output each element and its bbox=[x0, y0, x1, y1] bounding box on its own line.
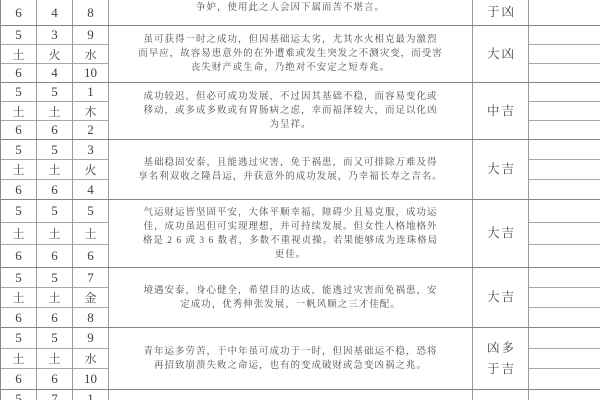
description-line: 气运财运皆坚固平安，大体平顺幸福，障碍少且易克服，成功运 bbox=[109, 206, 472, 220]
number-cell: 6 bbox=[73, 245, 108, 267]
verdict-text: 于凶 bbox=[485, 2, 516, 23]
verdict-text: 大吉 bbox=[485, 287, 516, 308]
verdict-text: 中吉 bbox=[485, 101, 516, 122]
verdict-cell bbox=[473, 390, 529, 400]
number-cell: 5 bbox=[1, 83, 36, 102]
table-block: 5 土 6 5 土 6 7 金 8 境遇安泰，身心健全，希望目的达成，能逃过灾害… bbox=[1, 268, 600, 328]
table-block: 5 土 6 5 土 6 1 木 2 成功较迟，但必可成功发展，不过因其基础不稳，… bbox=[1, 83, 600, 140]
empty-cell bbox=[529, 349, 600, 370]
number-cell: 1 bbox=[73, 390, 108, 400]
number-cell: 7 bbox=[37, 390, 72, 400]
empty-cell bbox=[529, 245, 600, 267]
number-cell: 5 bbox=[1, 328, 36, 349]
number-cell: 5 bbox=[1, 200, 36, 223]
description-line: 定成功，优秀伸张发展，一帆风顺之三才佳配。 bbox=[109, 298, 472, 312]
column-extra bbox=[529, 0, 600, 25]
column-number-2: 5 土 6 bbox=[37, 268, 73, 327]
description-line: 更佳。 bbox=[109, 248, 472, 262]
element-cell: 木 bbox=[73, 102, 108, 121]
empty-cell bbox=[529, 223, 600, 246]
description-line: 成功较迟，但必可成功发展，不过因其基础不稳，而容易变化或 bbox=[109, 90, 472, 104]
column-number-3: 3 火 4 bbox=[73, 140, 109, 199]
number-cell: 2 bbox=[73, 121, 108, 139]
element-cell: 土 bbox=[1, 45, 36, 64]
verdict-text: 大吉 bbox=[485, 159, 516, 180]
column-number-3: 1 木 2 bbox=[73, 83, 109, 139]
table-block: 5 土 6 5 土 6 3 火 4 基础稳固安泰，且能逃过灾害，免于祸患，而又可… bbox=[1, 140, 600, 200]
column-number-3: 5 土 6 bbox=[73, 200, 109, 267]
verdict-text: 大凶 bbox=[485, 44, 516, 65]
element-cell: 土 bbox=[1, 223, 36, 246]
verdict-cell: 于凶 bbox=[473, 0, 529, 25]
empty-cell bbox=[529, 308, 600, 327]
element-cell: 土 bbox=[37, 160, 72, 180]
element-cell: 土 bbox=[37, 102, 72, 121]
description-cell: 气运财运皆坚固平安，大体平顺幸福，障碍少且易克服，成功运 佳，成功虽迟但可实现理… bbox=[109, 200, 473, 267]
column-number-3: 7 金 8 bbox=[73, 268, 109, 327]
number-text: 5 bbox=[15, 392, 22, 400]
description-line: 再招致崩溃失败之命运，也有的变成破财或急变凶祸之兆。 bbox=[109, 359, 472, 373]
number-cell: 5 bbox=[37, 328, 72, 349]
column-extra bbox=[529, 83, 600, 139]
description-line: 境遇安泰，身心健全，希望目的达成，能逃过灾害而免祸患，安 bbox=[109, 284, 472, 298]
column-number-2: 3 火 4 bbox=[37, 26, 73, 82]
column-extra bbox=[529, 268, 600, 327]
empty-cell bbox=[529, 121, 600, 139]
column-number-1: 5 土 6 bbox=[1, 83, 37, 139]
table-block: 5 7 1 bbox=[1, 390, 600, 400]
verdict-text: 大吉 bbox=[485, 223, 516, 244]
number-cell: 6 bbox=[1, 180, 36, 199]
number-cell: 3 bbox=[37, 26, 72, 45]
column-number-1: 6 bbox=[1, 0, 37, 25]
table-block: 5 土 6 5 土 6 5 土 6 气运财运皆坚固平安，大体平顺幸福，障碍少且易… bbox=[1, 200, 600, 268]
element-cell: 土 bbox=[37, 223, 72, 246]
number-cell: 5 bbox=[37, 140, 72, 160]
number-cell: 4 bbox=[37, 0, 72, 25]
description-cell bbox=[109, 390, 473, 400]
empty-cell bbox=[529, 369, 600, 389]
empty-cell bbox=[529, 102, 600, 121]
element-cell: 土 bbox=[1, 288, 36, 308]
number-cell: 10 bbox=[73, 64, 108, 82]
verdict-cell: 大吉 bbox=[473, 140, 529, 199]
number-cell: 6 bbox=[1, 369, 36, 389]
description-line: 基础稳固安泰，且能逃过灾害，免于祸患，而又可排除万难及得 bbox=[109, 156, 472, 170]
verdict-text: 于吉 bbox=[485, 359, 516, 380]
description-line: 争妒，使用此之人会因下属而苦不堪言。 bbox=[109, 1, 472, 15]
element-cell: 土 bbox=[1, 102, 36, 121]
empty-cell bbox=[529, 288, 600, 308]
number-cell: 5 bbox=[1, 390, 36, 400]
empty-cell bbox=[529, 268, 600, 288]
column-number-3: 9 水 10 bbox=[73, 26, 109, 82]
number-cell: 6 bbox=[1, 245, 36, 267]
column-extra bbox=[529, 140, 600, 199]
table-block: 6 4 8 争妒，使用此之人会因下属而苦不堪言。 于凶 bbox=[1, 0, 600, 26]
number-cell: 4 bbox=[37, 64, 72, 82]
number-cell: 7 bbox=[73, 268, 108, 288]
column-extra bbox=[529, 390, 600, 400]
description-cell: 成功较迟，但必可成功发展，不过因其基础不稳，而容易变化或 移动，或多成多败或有胃… bbox=[109, 83, 473, 139]
empty-cell bbox=[529, 200, 600, 223]
number-cell: 6 bbox=[37, 369, 72, 389]
fortune-table: 6 4 8 争妒，使用此之人会因下属而苦不堪言。 于凶 5 土 6 3 火 4 bbox=[0, 0, 600, 400]
empty-cell bbox=[529, 140, 600, 160]
empty-cell bbox=[529, 328, 600, 349]
column-number-2: 5 土 6 bbox=[37, 328, 73, 389]
verdict-cell: 大凶 bbox=[473, 26, 529, 82]
description-line: 移动，或多成多败或有胃肠病之虑，幸而福泽较大，而足以化凶 bbox=[109, 104, 472, 118]
number-text: 1 bbox=[87, 392, 94, 400]
description-cell: 争妒，使用此之人会因下属而苦不堪言。 bbox=[109, 0, 473, 25]
verdict-cell: 大吉 bbox=[473, 200, 529, 267]
number-cell: 6 bbox=[1, 64, 36, 82]
column-number-1: 5 土 6 bbox=[1, 328, 37, 389]
number-cell: 6 bbox=[1, 121, 36, 139]
verdict-cell: 中吉 bbox=[473, 83, 529, 139]
column-number-1: 5 土 6 bbox=[1, 26, 37, 82]
number-cell: 8 bbox=[73, 0, 108, 25]
description-cell: 基础稳固安泰，且能逃过灾害，免于祸患，而又可排除万难及得 享名利双收之隆昌运，并… bbox=[109, 140, 473, 199]
column-number-1: 5 土 6 bbox=[1, 200, 37, 267]
column-number-1: 5 土 6 bbox=[1, 268, 37, 327]
number-cell: 9 bbox=[73, 26, 108, 45]
description-line: 享名利双收之隆昌运，并获意外的成功发展，乃幸福长寿之吉名。 bbox=[109, 170, 472, 184]
element-cell: 水 bbox=[73, 45, 108, 64]
number-cell: 5 bbox=[1, 268, 36, 288]
description-line: 为呈祥。 bbox=[109, 118, 472, 132]
number-cell: 8 bbox=[73, 308, 108, 327]
column-number-2: 5 土 6 bbox=[37, 83, 73, 139]
column-number-1: 5 土 6 bbox=[1, 140, 37, 199]
table-block: 5 土 6 5 土 6 9 水 10 青年运多劳苦，于中年虽可成功于一时，但因基… bbox=[1, 328, 600, 390]
description-line: 而早应，故容易患意外的在外遭难或发生突发之不测灾变，而受害 bbox=[109, 47, 472, 61]
description-cell: 虽可获得一时之成功，但因基础运太劣，尤其水火相克最为激烈 而早应，故容易患意外的… bbox=[109, 26, 473, 82]
empty-cell bbox=[529, 0, 600, 25]
number-cell: 9 bbox=[73, 328, 108, 349]
element-cell: 土 bbox=[73, 223, 108, 246]
element-cell: 土 bbox=[1, 160, 36, 180]
description-line: 青年运多劳苦，于中年虽可成功于一时，但因基础运不稳，恐将 bbox=[109, 345, 472, 359]
number-cell: 1 bbox=[73, 83, 108, 102]
number-cell: 6 bbox=[37, 308, 72, 327]
column-number-2: 7 bbox=[37, 390, 73, 400]
number-cell: 5 bbox=[37, 83, 72, 102]
table-block: 5 土 6 3 火 4 9 水 10 虽可获得一时之成功，但因基础运太劣，尤其水… bbox=[1, 26, 600, 83]
element-cell: 土 bbox=[1, 349, 36, 370]
element-cell: 土 bbox=[37, 349, 72, 370]
element-cell: 水 bbox=[73, 349, 108, 370]
number-cell: 5 bbox=[37, 200, 72, 223]
description-line: 格是 2 6 或 3 6 数者，多数不重视贞操。若果能够成为连珠格局 bbox=[109, 234, 472, 248]
column-extra bbox=[529, 328, 600, 389]
column-number-2: 5 土 6 bbox=[37, 140, 73, 199]
column-number-3: 8 bbox=[73, 0, 109, 25]
number-cell: 6 bbox=[1, 308, 36, 327]
column-number-3: 9 水 10 bbox=[73, 328, 109, 389]
element-cell: 土 bbox=[37, 288, 72, 308]
element-cell: 金 bbox=[73, 288, 108, 308]
empty-cell bbox=[529, 64, 600, 82]
column-number-1: 5 bbox=[1, 390, 37, 400]
number-text: 7 bbox=[51, 392, 58, 400]
description-cell: 境遇安泰，身心健全，希望目的达成，能逃过灾害而免祸患，安 定成功，优秀伸张发展，… bbox=[109, 268, 473, 327]
number-cell: 10 bbox=[73, 369, 108, 389]
empty-cell bbox=[529, 160, 600, 180]
column-extra bbox=[529, 200, 600, 267]
verdict-cell: 凶多 于吉 bbox=[473, 328, 529, 389]
number-cell: 5 bbox=[1, 26, 36, 45]
empty-cell bbox=[529, 83, 600, 102]
description-line: 丧失财产或生命，乃绝对不安定之短寿兆。 bbox=[109, 61, 472, 75]
element-cell: 火 bbox=[73, 160, 108, 180]
number-cell: 6 bbox=[37, 245, 72, 267]
number-cell: 3 bbox=[73, 140, 108, 160]
empty-cell bbox=[529, 45, 600, 64]
number-cell: 6 bbox=[1, 0, 36, 25]
column-extra bbox=[529, 26, 600, 82]
column-number-3: 1 bbox=[73, 390, 109, 400]
number-cell: 5 bbox=[73, 200, 108, 223]
empty-cell bbox=[529, 180, 600, 199]
number-cell: 5 bbox=[37, 268, 72, 288]
description-cell: 青年运多劳苦，于中年虽可成功于一时，但因基础运不稳，恐将 再招致崩溃失败之命运，… bbox=[109, 328, 473, 389]
description-line: 虽可获得一时之成功，但因基础运太劣，尤其水火相克最为激烈 bbox=[109, 33, 472, 47]
number-cell: 5 bbox=[1, 140, 36, 160]
empty-cell bbox=[529, 26, 600, 45]
number-cell: 6 bbox=[37, 121, 72, 139]
verdict-text: 凶多 bbox=[485, 338, 516, 359]
column-number-2: 4 bbox=[37, 0, 73, 25]
element-cell: 火 bbox=[37, 45, 72, 64]
column-number-2: 5 土 6 bbox=[37, 200, 73, 267]
number-cell: 6 bbox=[37, 180, 72, 199]
empty-cell bbox=[529, 390, 600, 400]
number-cell: 4 bbox=[73, 180, 108, 199]
description-line: 佳，成功虽迟但可实现理想，并可持续发展。但女性人格地格外 bbox=[109, 220, 472, 234]
verdict-cell: 大吉 bbox=[473, 268, 529, 327]
